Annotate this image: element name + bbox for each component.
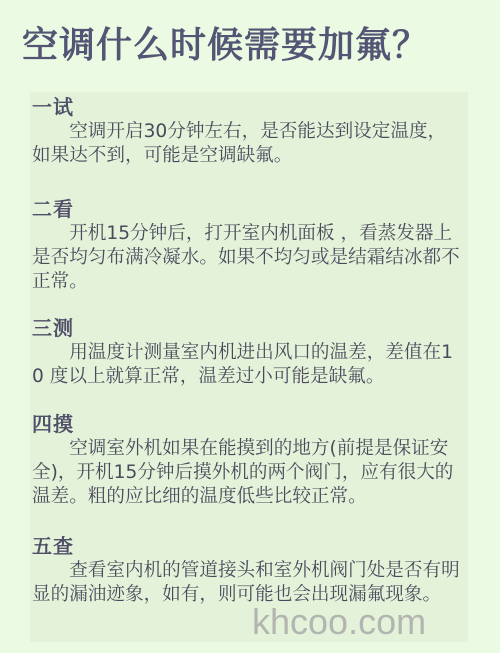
- watermark: khcoo.com: [252, 602, 426, 642]
- section-look: 二看 开机15分钟后，打开室内机面板 ，看蒸发器上是否均匀布满冷凝水。如果不均匀…: [32, 196, 464, 294]
- section-heading: 五查: [32, 533, 464, 559]
- section-measure: 三测 用温度计测量室内机进出风口的温差，差值在10 度以上就算正常，温差过小可能…: [32, 315, 464, 389]
- section-body: 用温度计测量室内机进出风口的温差，差值在10 度以上就算正常，温差过小可能是缺氟…: [32, 341, 464, 389]
- section-try: 一试 空调开启30分钟左右，是否能达到设定温度，如果达不到，可能是空调缺氟。: [32, 94, 464, 168]
- section-body: 查看室内机的管道接头和室外机阀门处是否有明显的漏油迹象，如有，则可能也会出现漏氟…: [32, 559, 464, 607]
- section-body: 空调室外机如果在能摸到的地方(前提是保证安全)，开机15分钟后摸外机的两个阀门，…: [32, 437, 464, 509]
- section-touch: 四摸 空调室外机如果在能摸到的地方(前提是保证安全)，开机15分钟后摸外机的两个…: [32, 411, 464, 509]
- page-title: 空调什么时候需要加氟？: [22, 22, 492, 70]
- section-body: 空调开启30分钟左右，是否能达到设定温度，如果达不到，可能是空调缺氟。: [32, 120, 464, 168]
- section-inspect: 五查 查看室内机的管道接头和室外机阀门处是否有明显的漏油迹象，如有，则可能也会出…: [32, 533, 464, 607]
- section-heading: 一试: [32, 94, 464, 120]
- section-heading: 四摸: [32, 411, 464, 437]
- section-body: 开机15分钟后，打开室内机面板 ，看蒸发器上是否均匀布满冷凝水。如果不均匀或是结…: [32, 222, 464, 294]
- section-heading: 三测: [32, 315, 464, 341]
- section-heading: 二看: [32, 196, 464, 222]
